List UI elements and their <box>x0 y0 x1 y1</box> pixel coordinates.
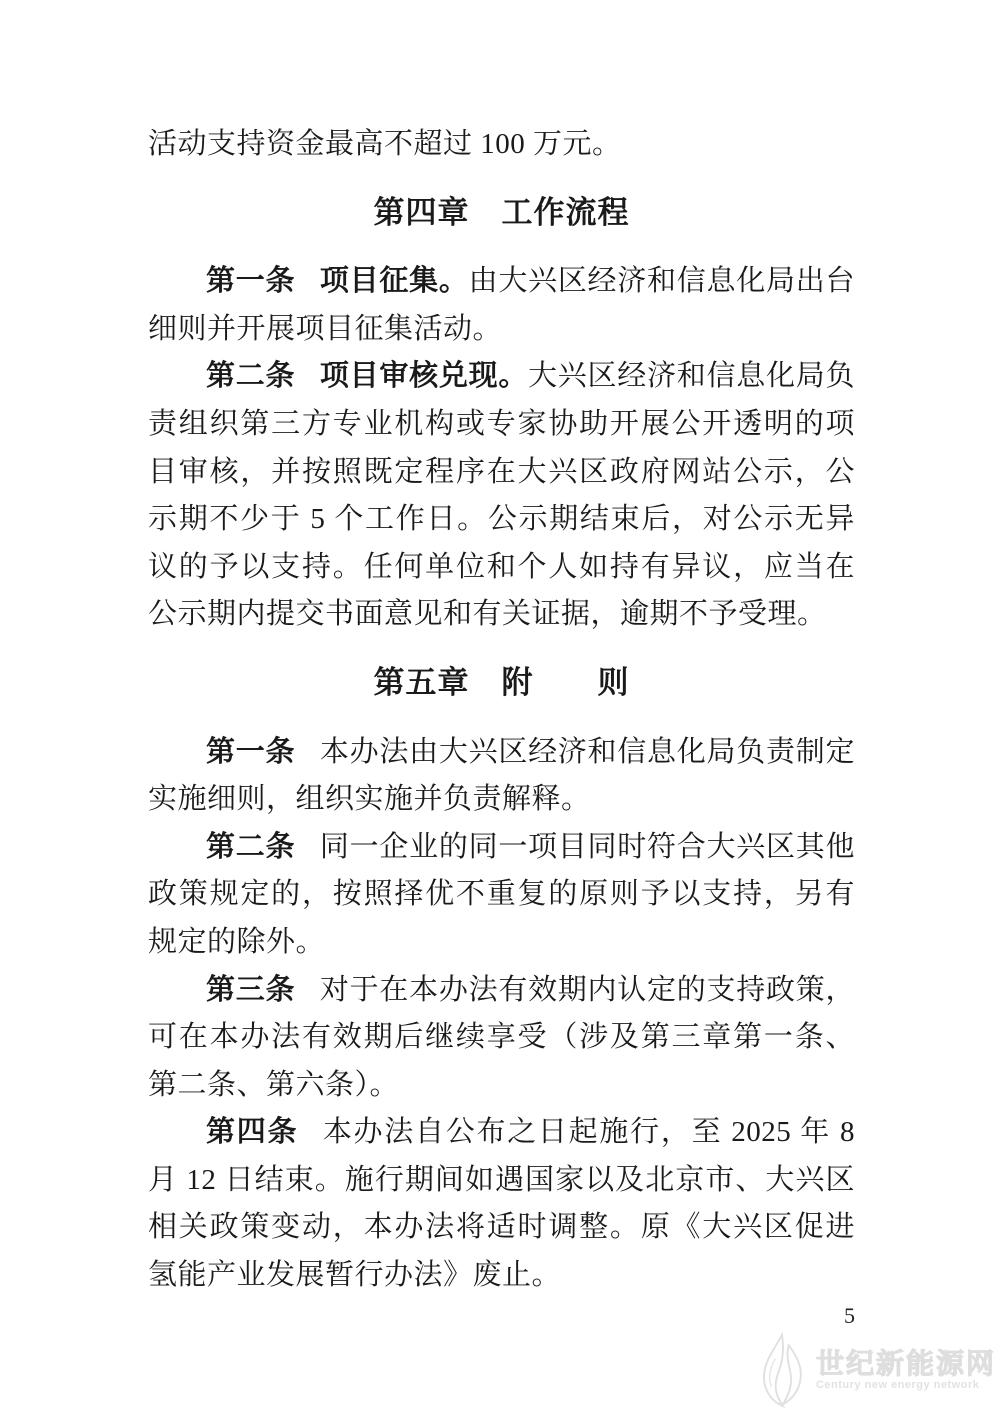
paragraph-continuation: 活动支持资金最高不超过 100 万元。 <box>148 121 855 169</box>
article-label: 第一条 <box>206 736 295 768</box>
paragraph-text: 活动支持资金最高不超过 100 万元。 <box>148 128 622 160</box>
article-label: 第二条 <box>206 831 295 863</box>
chapter-5-heading: 第五章 附 则 <box>148 659 855 707</box>
article-paragraph: 第一条项目征集。由大兴区经济和信息化局出台细则并开展项目征集活动。 <box>148 258 855 353</box>
watermark-name-cn: 世纪新能源网 <box>816 1350 996 1378</box>
flame-icon <box>754 1332 812 1408</box>
article-label: 第四条 <box>206 1116 298 1148</box>
chapter-heading-text: 第四章 工作流程 <box>374 195 630 230</box>
watermark-texts: 世纪新能源网 Century new energy network <box>816 1350 996 1391</box>
watermark: 世纪新能源网 Century new energy network <box>754 1332 996 1408</box>
article-label: 第一条 <box>206 265 295 297</box>
document-page: 活动支持资金最高不超过 100 万元。 第四章 工作流程 第一条项目征集。由大兴… <box>0 0 1000 1414</box>
page-number: 5 <box>148 1303 855 1329</box>
article-paragraph: 第三条对于在本办法有效期内认定的支持政策，可在本办法有效期后继续享受（涉及第三章… <box>148 967 855 1110</box>
article-title: 项目审核兑现。 <box>320 360 528 392</box>
article-paragraph: 第一条本办法由大兴区经济和信息化局负责制定实施细则，组织实施并负责解释。 <box>148 729 855 824</box>
article-label: 第二条 <box>206 360 295 392</box>
chapter-4-heading: 第四章 工作流程 <box>148 189 855 237</box>
article-paragraph: 第四条本办法自公布之日起施行，至 2025 年 8 月 12 日结束。施行期间如… <box>148 1109 855 1299</box>
document-content: 活动支持资金最高不超过 100 万元。 第四章 工作流程 第一条项目征集。由大兴… <box>148 121 855 1329</box>
article-body: 大兴区经济和信息化局负责组织第三方专业机构或专家协助开展公开透明的项目审核，并按… <box>148 360 855 630</box>
article-paragraph: 第二条项目审核兑现。大兴区经济和信息化局负责组织第三方专业机构或专家协助开展公开… <box>148 353 855 639</box>
article-paragraph: 第二条同一企业的同一项目同时符合大兴区其他政策规定的，按照择优不重复的原则予以支… <box>148 824 855 967</box>
chapter-heading-text: 第五章 附 则 <box>374 665 630 700</box>
watermark-name-en: Century new energy network <box>816 1380 996 1391</box>
article-label: 第三条 <box>206 974 295 1006</box>
article-title: 项目征集。 <box>320 265 469 297</box>
